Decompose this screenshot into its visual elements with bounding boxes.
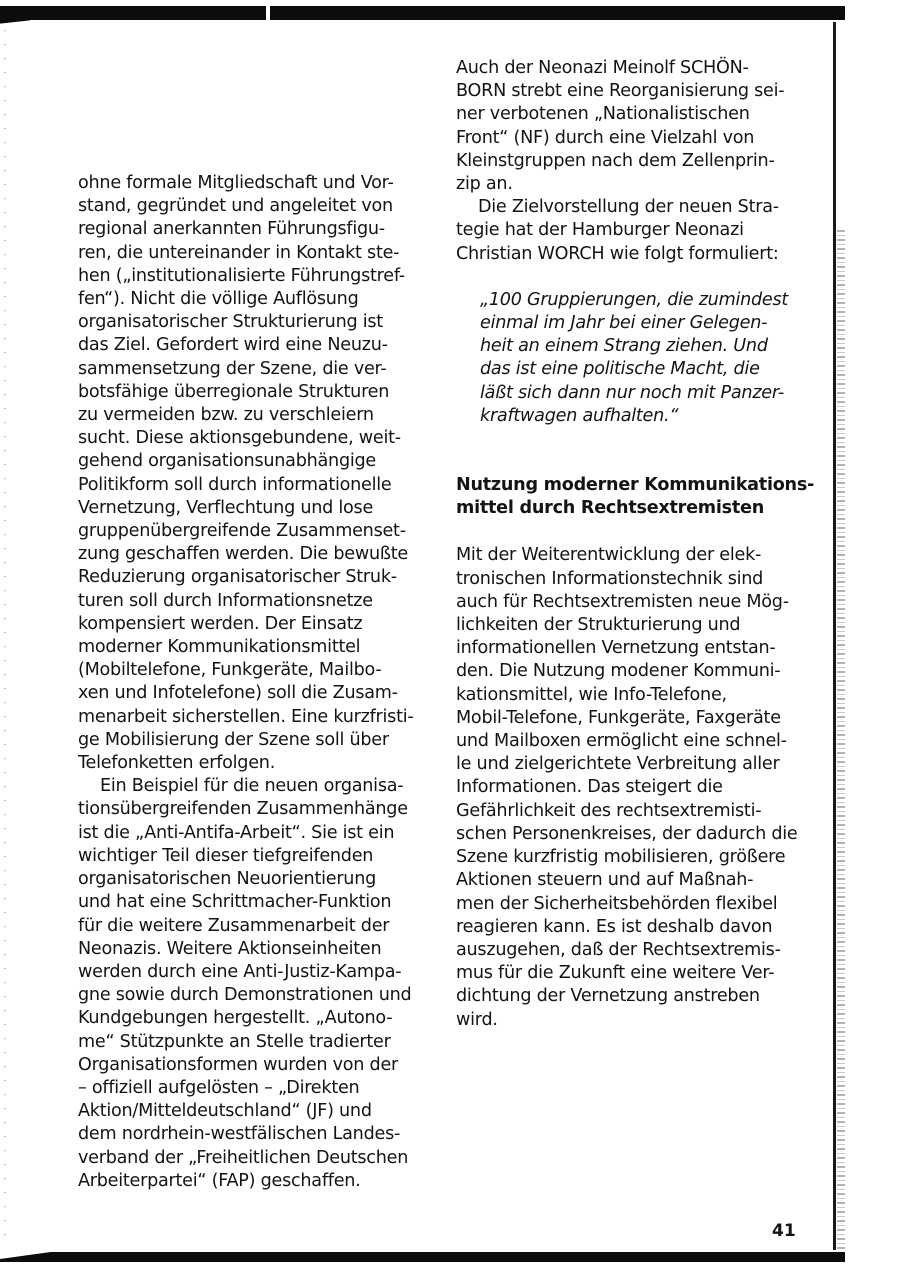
text-line: Aktion/Mitteldeutschland“ (JF) und: [78, 1100, 426, 1123]
scan-border-bottom: [0, 1252, 845, 1262]
text-line: sammensetzung der Szene, die ver-: [78, 358, 426, 381]
text-line: gruppenübergreifende Zusammenset-: [78, 520, 426, 543]
text-line: und Mailboxen ermöglicht eine schnel-: [456, 730, 808, 753]
text-line: reagieren kann. Es ist deshalb davon: [456, 916, 808, 939]
right-paragraph-1: Auch der Neonazi Meinolf SCHÖN- BORN str…: [456, 57, 808, 196]
text-line: Die Zielvorstellung der neuen Stra-: [456, 196, 808, 219]
text-line: informationellen Vernetzung entstan-: [456, 637, 808, 660]
text-line: wichtiger Teil dieser tiefgreifenden: [78, 845, 426, 868]
scan-border-right: [833, 22, 836, 1250]
text-line: Neonazis. Weitere Aktionseinheiten: [78, 938, 426, 961]
text-line: tionsübergreifenden Zusammenhänge: [78, 798, 426, 821]
quote-line: einmal im Jahr bei einer Gelegen-: [480, 312, 808, 335]
text-line: xen und Infotelefone) soll die Zusam-: [78, 682, 426, 705]
text-line: kationsmittel, wie Info-Telefone,: [456, 684, 808, 707]
text-line: hen („institutionalisierte Führungstref-: [78, 265, 426, 288]
text-line: Gefährlichkeit des rechtsextremisti-: [456, 800, 808, 823]
heading-line: mittel durch Rechtsextremisten: [456, 497, 808, 520]
text-line: und hat eine Schrittmacher-Funktion: [78, 891, 426, 914]
text-line: Auch der Neonazi Meinolf SCHÖN-: [456, 57, 808, 80]
text-line: werden durch eine Anti-Justiz-Kampa-: [78, 961, 426, 984]
right-paragraph-2: Die Zielvorstellung der neuen Stra- tegi…: [456, 196, 808, 266]
left-paragraph-2: Ein Beispiel für die neuen organisa- tio…: [78, 775, 426, 1193]
text-line: Kundgebungen hergestellt. „Autono-: [78, 1007, 426, 1030]
text-line: regional anerkannten Führungsfigu-: [78, 218, 426, 241]
scan-noise-left: [4, 30, 6, 1240]
text-line: BORN strebt eine Reorganisierung sei-: [456, 80, 808, 103]
text-line: men der Sicherheitsbehörden flexibel: [456, 893, 808, 916]
text-line: ohne formale Mitgliedschaft und Vor-: [78, 172, 426, 195]
text-line: Mit der Weiterentwicklung der elek-: [456, 544, 808, 567]
text-line: ge Mobilisierung der Szene soll über: [78, 729, 426, 752]
text-line: botsfähige überregionale Strukturen: [78, 381, 426, 404]
text-line: zip an.: [456, 173, 808, 196]
heading-line: Nutzung moderner Kommunikations-: [456, 474, 808, 497]
text-line: stand, gegründet und angeleitet von: [78, 195, 426, 218]
text-line: Reduzierung organisatorischer Struk-: [78, 566, 426, 589]
text-line: auszugehen, daß der Rechtsextremis-: [456, 939, 808, 962]
text-line: Christian WORCH wie folgt formuliert:: [456, 243, 808, 266]
scan-noise-right: [837, 230, 845, 1250]
text-line: Szene kurzfristig mobilisieren, größere: [456, 846, 808, 869]
text-line: ner verbotenen „Nationalistischen: [456, 103, 808, 126]
text-line: me“ Stützpunkte an Stelle tradierter: [78, 1031, 426, 1054]
text-line: Front“ (NF) durch eine Vielzahl von: [456, 127, 808, 150]
quote-line: „100 Gruppierungen, die zumindest: [480, 289, 808, 312]
section-heading: Nutzung moderner Kommunikations- mittel …: [456, 474, 808, 520]
text-line: tegie hat der Hamburger Neonazi: [456, 219, 808, 242]
text-line: gne sowie durch Demonstrationen und: [78, 984, 426, 1007]
quote-line: läßt sich dann nur noch mit Panzer-: [480, 382, 808, 405]
text-line: Organisationsformen wurden von der: [78, 1054, 426, 1077]
text-line: mus für die Zukunft eine weitere Ver-: [456, 962, 808, 985]
text-line: dem nordrhein-westfälischen Landes-: [78, 1123, 426, 1146]
text-line: wird.: [456, 1009, 808, 1032]
text-line: – offiziell aufgelösten – „Direkten: [78, 1077, 426, 1100]
left-paragraph-1: ohne formale Mitgliedschaft und Vor- sta…: [78, 172, 426, 775]
text-line: tronischen Informationstechnik sind: [456, 568, 808, 591]
text-line: gehend organisationsunabhängige: [78, 450, 426, 473]
left-column: ohne formale Mitgliedschaft und Vor- sta…: [78, 172, 426, 1193]
text-line: Telefonketten erfolgen.: [78, 752, 426, 775]
text-line: dichtung der Vernetzung anstreben: [456, 985, 808, 1008]
text-line: zung geschaffen werden. Die bewußte: [78, 543, 426, 566]
block-quote: „100 Gruppierungen, die zumindest einmal…: [480, 289, 808, 428]
text-line: kompensiert werden. Der Einsatz: [78, 613, 426, 636]
text-line: le und zielgerichtete Verbreitung aller: [456, 753, 808, 776]
text-line: Vernetzung, Verflechtung und lose: [78, 497, 426, 520]
page-number: 41: [772, 1221, 796, 1241]
text-line: organisatorischen Neuorientierung: [78, 868, 426, 891]
text-line: (Mobiltelefone, Funkgeräte, Mailbo-: [78, 659, 426, 682]
text-line: turen soll durch Informationsnetze: [78, 590, 426, 613]
quote-line: heit an einem Strang ziehen. Und: [480, 335, 808, 358]
text-line: für die weitere Zusammenarbeit der: [78, 915, 426, 938]
text-line: ren, die untereinander in Kontakt ste-: [78, 242, 426, 265]
right-paragraph-3: Mit der Weiterentwicklung der elek- tron…: [456, 544, 808, 1031]
text-line: lichkeiten der Strukturierung und: [456, 614, 808, 637]
text-line: Informationen. Das steigert die: [456, 776, 808, 799]
text-line: schen Personenkreises, der dadurch die: [456, 823, 808, 846]
text-line: verband der „Freiheitlichen Deutschen: [78, 1147, 426, 1170]
text-line: moderner Kommunikationsmittel: [78, 636, 426, 659]
text-line: das Ziel. Gefordert wird eine Neuzu-: [78, 334, 426, 357]
text-line: menarbeit sicherstellen. Eine kurzfristi…: [78, 706, 426, 729]
scan-border-top-right: [270, 6, 845, 20]
text-line: zu vermeiden bzw. zu verschleiern: [78, 404, 426, 427]
text-line: Ein Beispiel für die neuen organisa-: [78, 775, 426, 798]
text-line: fen“). Nicht die völlige Auflösung: [78, 288, 426, 311]
text-line: Aktionen steuern und auf Maßnah-: [456, 869, 808, 892]
quote-line: das ist eine politische Macht, die: [480, 358, 808, 381]
text-line: den. Die Nutzung modener Kommuni-: [456, 660, 808, 683]
text-line: Politikform soll durch informationelle: [78, 474, 426, 497]
text-line: organisatorischer Strukturierung ist: [78, 311, 426, 334]
right-column: Auch der Neonazi Meinolf SCHÖN- BORN str…: [456, 57, 808, 1032]
text-line: ist die „Anti-Antifa-Arbeit“. Sie ist ei…: [78, 822, 426, 845]
text-line: auch für Rechtsextremisten neue Mög-: [456, 591, 808, 614]
text-line: sucht. Diese aktionsgebundene, weit-: [78, 427, 426, 450]
scan-border-top-left: [0, 6, 266, 20]
text-line: Mobil-Telefone, Funkgeräte, Faxgeräte: [456, 707, 808, 730]
text-line: Arbeiterpartei“ (FAP) geschaffen.: [78, 1170, 426, 1193]
quote-line: kraftwagen aufhalten.“: [480, 405, 808, 428]
text-line: Kleinstgruppen nach dem Zellenprin-: [456, 150, 808, 173]
